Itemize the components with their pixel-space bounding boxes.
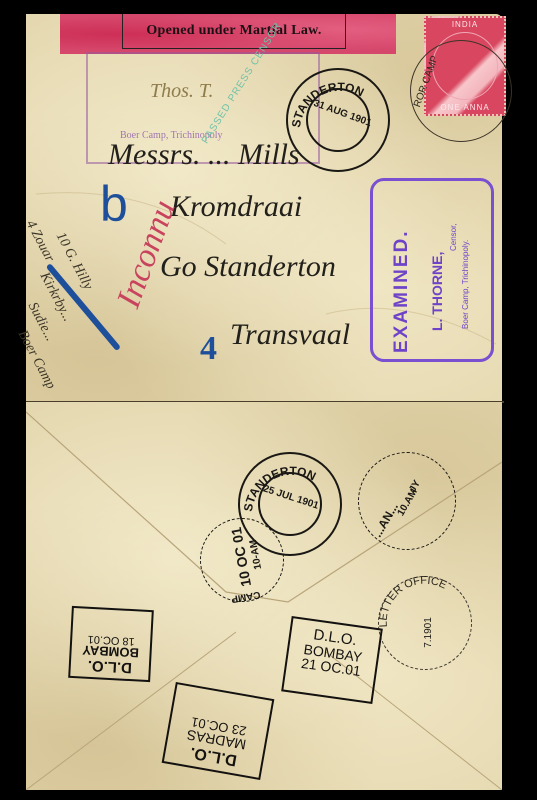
- svg-text:LETTER OFFICE: LETTER OFFICE: [378, 575, 449, 628]
- letter-office-cancel: LETTER OFFICE 7.1901: [378, 576, 472, 670]
- address-line-2: Kromdraai: [170, 190, 302, 224]
- svg-text:STANDERTON: STANDERTON: [241, 464, 318, 513]
- blue-letter-mark: b: [100, 175, 128, 233]
- stamp-country: INDIA: [426, 20, 504, 29]
- svg-text:STANDERTON: STANDERTON: [289, 80, 366, 129]
- second-cancel-back: ...AN... 10.AM JY: [358, 452, 456, 550]
- letter-office-date: 7.1901: [423, 617, 434, 648]
- examined-name: L. THORNE,: [429, 252, 445, 331]
- address-line-1: Messrs. ... Mills: [108, 138, 300, 172]
- standerton-town-arc: STANDERTON: [288, 70, 388, 170]
- address-line-3: Go Standerton: [160, 250, 336, 284]
- signature: Thos. T.: [150, 80, 214, 103]
- dlo-bombay-18-handstamp: D.L.O. BOMBAY 18 OC.01: [68, 606, 154, 682]
- examined-place: Boer Camp, Trichinopoly.: [461, 240, 470, 329]
- second-cancel-text: ...AN...: [370, 500, 401, 539]
- martial-law-label-frame: Opened under Martial Law.: [122, 14, 346, 49]
- dlo-madras-handstamp: D.L.O. MADRAS 23 OC.01: [162, 682, 275, 780]
- martial-law-label-text: Opened under Martial Law.: [146, 23, 321, 39]
- address-line-4: Transvaal: [230, 318, 350, 352]
- examined-role: Censor,: [449, 223, 458, 251]
- dlo-bombay-21-handstamp: D.L.O. BOMBAY 21 OC.01: [281, 616, 383, 704]
- standerton-cancel-front: 31 AUG 1901 STANDERTON: [286, 68, 390, 172]
- examined-handstamp: EXAMINED. L. THORNE, Censor, Boer Camp, …: [370, 178, 494, 362]
- blue-number-mark: 4: [200, 330, 217, 368]
- examined-title: EXAMINED.: [391, 229, 413, 353]
- camp-cancel-back: 10 OC 01 10-AM CAMP: [200, 518, 284, 602]
- martial-law-label: Opened under Martial Law.: [60, 14, 396, 54]
